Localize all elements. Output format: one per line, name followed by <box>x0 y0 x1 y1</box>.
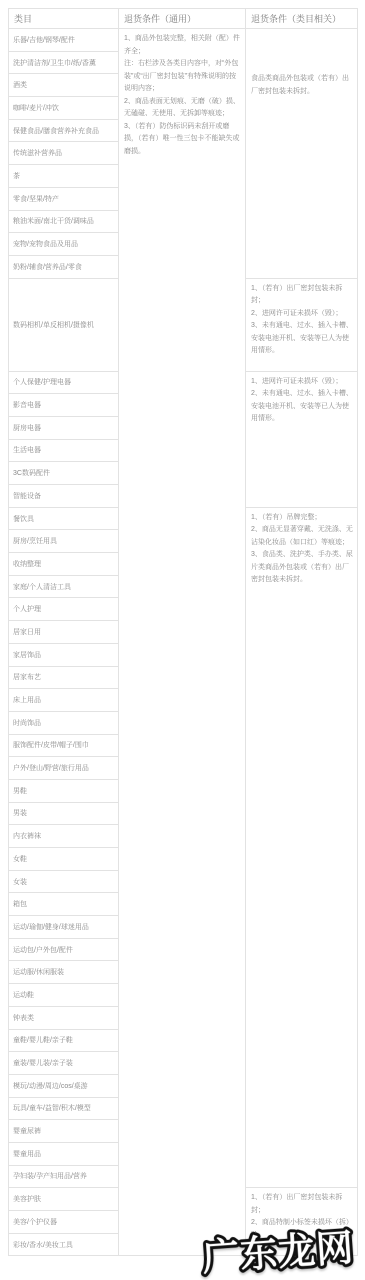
category-cell: 美容/个护仪器 <box>9 1211 119 1234</box>
category-cell: 男鞋 <box>9 779 119 802</box>
category-cell: 生活电器 <box>9 439 119 462</box>
category-cell: 咖啡/麦片/冲饮 <box>9 97 119 120</box>
category-cell: 婴童尿裤 <box>9 1120 119 1143</box>
category-cell: 保健食品/膳食营养补充食品 <box>9 119 119 142</box>
category-cell: 内衣裤袜 <box>9 825 119 848</box>
category-conditions-cell: 1、（若有）吊牌完整； 2、商品无显著穿戴、无洗涤、无沾染化妆品（如口红）等痕迹… <box>246 507 358 1188</box>
category-cell: 收纳整理 <box>9 553 119 576</box>
category-cell: 钟表类 <box>9 1006 119 1029</box>
category-cell: 户外/登山/野营/旅行用品 <box>9 757 119 780</box>
category-cell: 粮油米面/南北干货/调味品 <box>9 210 119 233</box>
category-cell: 居家布艺 <box>9 666 119 689</box>
watermark-text: 广东龙网 <box>201 1227 355 1279</box>
category-cell: 童鞋/婴儿鞋/亲子鞋 <box>9 1029 119 1052</box>
table-row: 乐器/吉他/钢琴/配件1、商品外包装完整，相关附（配）件齐全； 注：右栏涉及各类… <box>9 29 358 52</box>
category-cell: 孕妇装/孕产妇用品/营养 <box>9 1165 119 1188</box>
category-cell: 个人护理 <box>9 598 119 621</box>
col-header-category: 类目 <box>9 9 119 29</box>
category-cell: 奶粉/辅食/营养品/零食 <box>9 255 119 278</box>
category-cell: 婴童用品 <box>9 1142 119 1165</box>
category-cell: 男装 <box>9 802 119 825</box>
category-cell: 玩具/童车/益智/积木/模型 <box>9 1097 119 1120</box>
category-cell: 茶 <box>9 165 119 188</box>
category-cell: 乐器/吉他/钢琴/配件 <box>9 29 119 52</box>
category-cell: 传统滋补营养品 <box>9 142 119 165</box>
category-cell: 童装/婴儿装/亲子装 <box>9 1052 119 1075</box>
header-row: 类目 退货条件（通用） 退货条件（类目相关） <box>9 9 358 29</box>
page: 类目 退货条件（通用） 退货条件（类目相关） 乐器/吉他/钢琴/配件1、商品外包… <box>0 0 365 1280</box>
col-header-general-conditions: 退货条件（通用） <box>119 9 246 29</box>
category-cell: 服饰配件/皮带/帽子/围巾 <box>9 734 119 757</box>
category-cell: 零食/坚果/特产 <box>9 187 119 210</box>
category-conditions-cell: 食品类商品外包装或（若有）出厂密封包装未拆封。 <box>246 29 358 279</box>
category-cell: 厨房/烹饪用具 <box>9 530 119 553</box>
category-cell: 个人保健/护理电器 <box>9 371 119 394</box>
return-policy-table: 类目 退货条件（通用） 退货条件（类目相关） 乐器/吉他/钢琴/配件1、商品外包… <box>8 8 358 1256</box>
category-cell: 运动鞋 <box>9 984 119 1007</box>
category-cell: 彩妆/香水/美妆工具 <box>9 1233 119 1256</box>
category-cell: 数码相机/单反相机/摄像机 <box>9 278 119 371</box>
general-conditions-cell: 1、商品外包装完整，相关附（配）件齐全； 注：右栏涉及各类目内容中，对“外包装”… <box>119 29 246 1256</box>
category-cell: 厨房电器 <box>9 416 119 439</box>
category-conditions-cell: 1、（若有）出厂密封包装未拆封； 2、进网许可证未损坏（毁）； 3、未有通电、过… <box>246 278 358 371</box>
category-cell: 运动包/户外包/配件 <box>9 938 119 961</box>
watermark: 广东龙网 <box>191 1218 364 1280</box>
category-cell: 女鞋 <box>9 848 119 871</box>
category-cell: 模玩/动漫/周边/cos/桌游 <box>9 1074 119 1097</box>
category-cell: 运动/瑜伽/健身/球迷用品 <box>9 916 119 939</box>
category-cell: 智能设备 <box>9 485 119 508</box>
category-cell: 影音电器 <box>9 394 119 417</box>
category-cell: 箱包 <box>9 893 119 916</box>
category-cell: 酒类 <box>9 74 119 97</box>
category-cell: 餐饮具 <box>9 507 119 530</box>
category-cell: 洗护清洁剂/卫生巾/纸/香薰 <box>9 51 119 74</box>
category-cell: 运动服/休闲服装 <box>9 961 119 984</box>
category-cell: 家庭/个人清洁工具 <box>9 575 119 598</box>
category-cell: 宠物/宠物食品及用品 <box>9 233 119 256</box>
category-cell: 女装 <box>9 870 119 893</box>
category-cell: 3C数码配件 <box>9 462 119 485</box>
category-cell: 床上用品 <box>9 689 119 712</box>
category-cell: 美容护肤 <box>9 1188 119 1211</box>
category-cell: 时尚饰品 <box>9 711 119 734</box>
category-cell: 居家日用 <box>9 621 119 644</box>
category-cell: 家居饰品 <box>9 643 119 666</box>
col-header-category-conditions: 退货条件（类目相关） <box>246 9 358 29</box>
category-conditions-cell: 1、进网许可证未损坏（毁）； 2、未有通电、过水、插入卡槽、安装电池开机、安装等… <box>246 371 358 507</box>
